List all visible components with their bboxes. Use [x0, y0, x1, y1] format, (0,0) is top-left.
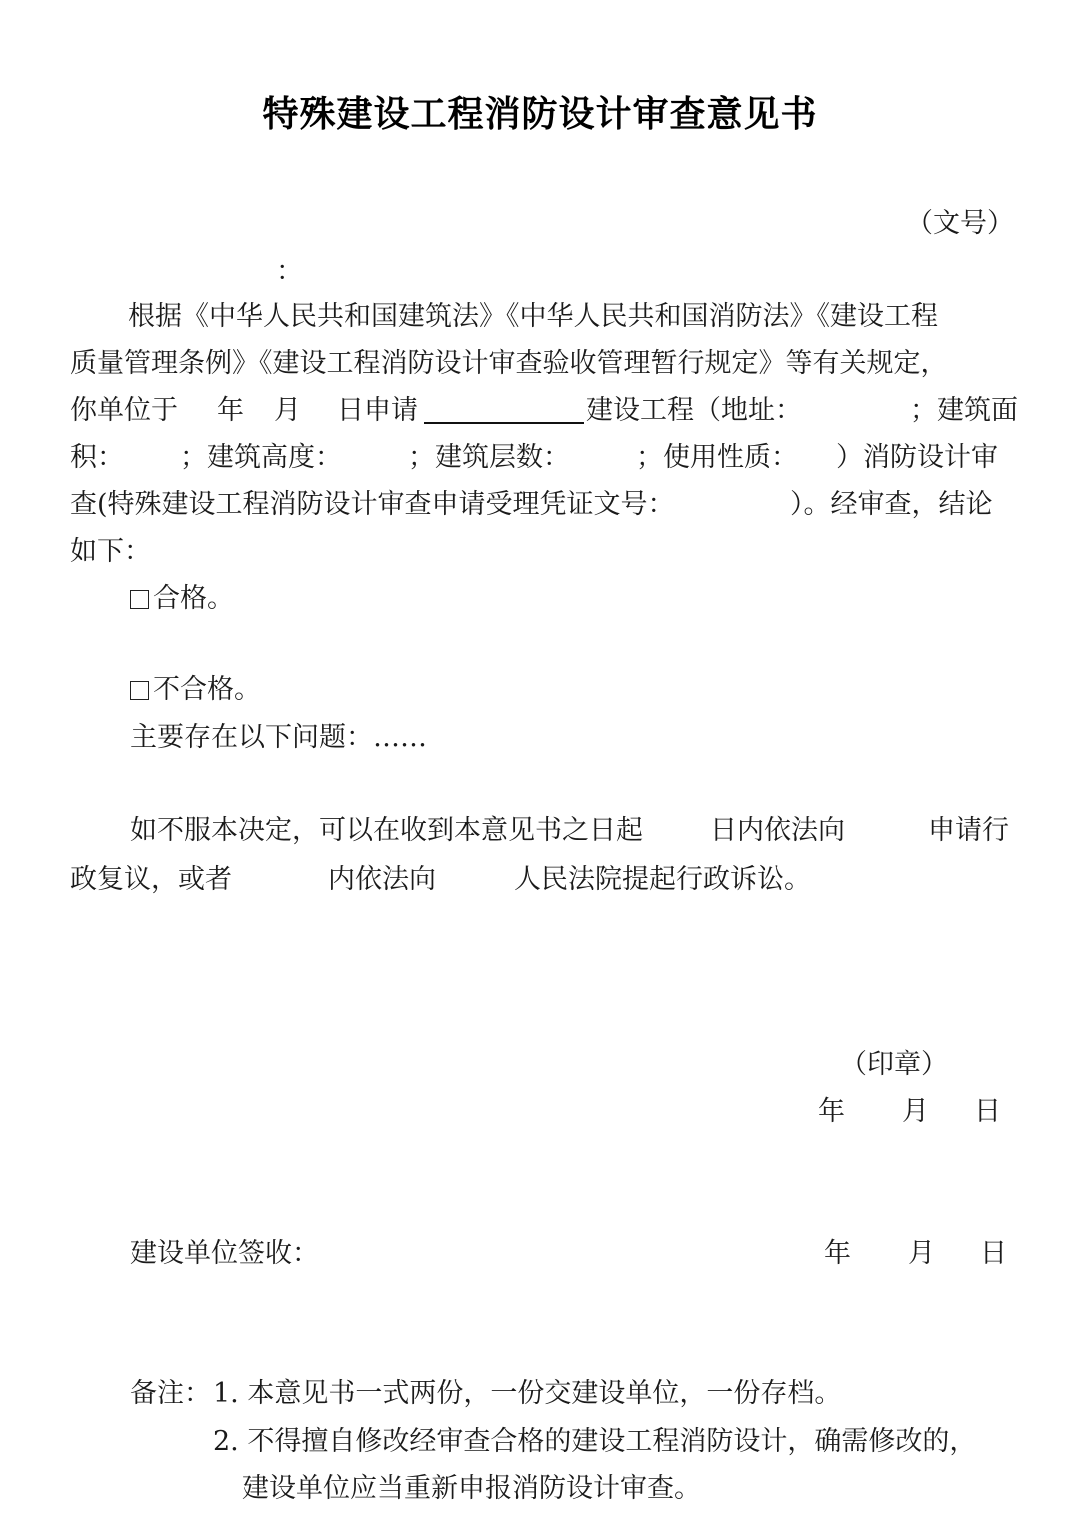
notes-label: 备注：	[130, 1380, 211, 1407]
acceptance-number-label: 查(特殊建设工程消防设计审查申请受理凭证文号：	[70, 491, 675, 518]
appeal-line1-c: 申请行	[928, 817, 1009, 844]
receipt-label: 建设单位签收：	[130, 1240, 319, 1267]
option-pass[interactable]: 合格。	[130, 585, 234, 612]
project-address-label: 建设工程（地址：	[586, 397, 802, 424]
doc-number-label: （文号）	[906, 210, 1014, 237]
option-fail[interactable]: 不合格。	[130, 676, 261, 703]
seal-label: （印章）	[840, 1051, 948, 1078]
apply-month-label: 月	[274, 397, 301, 424]
addressee-colon: ：	[276, 258, 303, 285]
project-name-blank[interactable]	[424, 400, 584, 427]
seal-year-label: 年	[818, 1098, 845, 1125]
appeal-line2-c: 人民法院提起行政诉讼。	[514, 866, 811, 893]
issues-label: 主要存在以下问题：……	[130, 724, 427, 751]
note-item-1: 1. 本意见书一式两份，一份交建设单位，一份存档。	[213, 1380, 841, 1407]
apply-year-label: 年	[217, 397, 244, 424]
receipt-day-label: 日	[980, 1240, 1007, 1267]
appeal-line1-a: 如不服本决定，可以在收到本意见书之日起	[130, 817, 643, 844]
building-height-label: ；建筑高度：	[180, 444, 342, 471]
seal-day-label: 日	[974, 1098, 1001, 1125]
para1-line1: 根据《中华人民共和国建筑法》《中华人民共和国消防法》《建设工程	[128, 303, 938, 330]
para1-line4-end: ）消防设计审	[836, 444, 998, 471]
pass-checkbox[interactable]	[130, 590, 149, 609]
document-title: 特殊建设工程消防设计审查意见书	[0, 96, 1080, 132]
para1-line5-end: ）。经审查，结论	[790, 491, 993, 518]
note-item-2-line2: 建设单位应当重新申报消防设计审查。	[242, 1475, 701, 1502]
seal-month-label: 月	[902, 1098, 929, 1125]
apply-day-label: 日申请	[337, 397, 418, 424]
appeal-line1-b: 日内依法向	[710, 817, 845, 844]
para1-line2: 质量管理条例》《建设工程消防设计审查验收管理暂行规定》等有关规定，	[70, 350, 948, 377]
option-pass-label: 合格。	[153, 583, 234, 614]
para1-line3-start: 你单位于	[70, 397, 178, 424]
building-area-label-end: 积：	[70, 444, 124, 471]
appeal-line2-b: 内依法向	[328, 866, 436, 893]
para1-line6: 如下：	[70, 538, 151, 565]
fail-checkbox[interactable]	[130, 681, 149, 700]
building-floors-label: ；建筑层数：	[408, 444, 570, 471]
appeal-line2-a: 政复议，或者	[70, 866, 232, 893]
usage-label: ；使用性质：	[636, 444, 798, 471]
receipt-year-label: 年	[824, 1240, 851, 1267]
receipt-month-label: 月	[908, 1240, 935, 1267]
building-area-label-start: ；建筑面	[910, 397, 1018, 424]
option-fail-label: 不合格。	[153, 674, 261, 705]
note-item-2-line1: 2. 不得擅自修改经审查合格的建设工程消防设计，确需修改的，	[213, 1428, 976, 1455]
